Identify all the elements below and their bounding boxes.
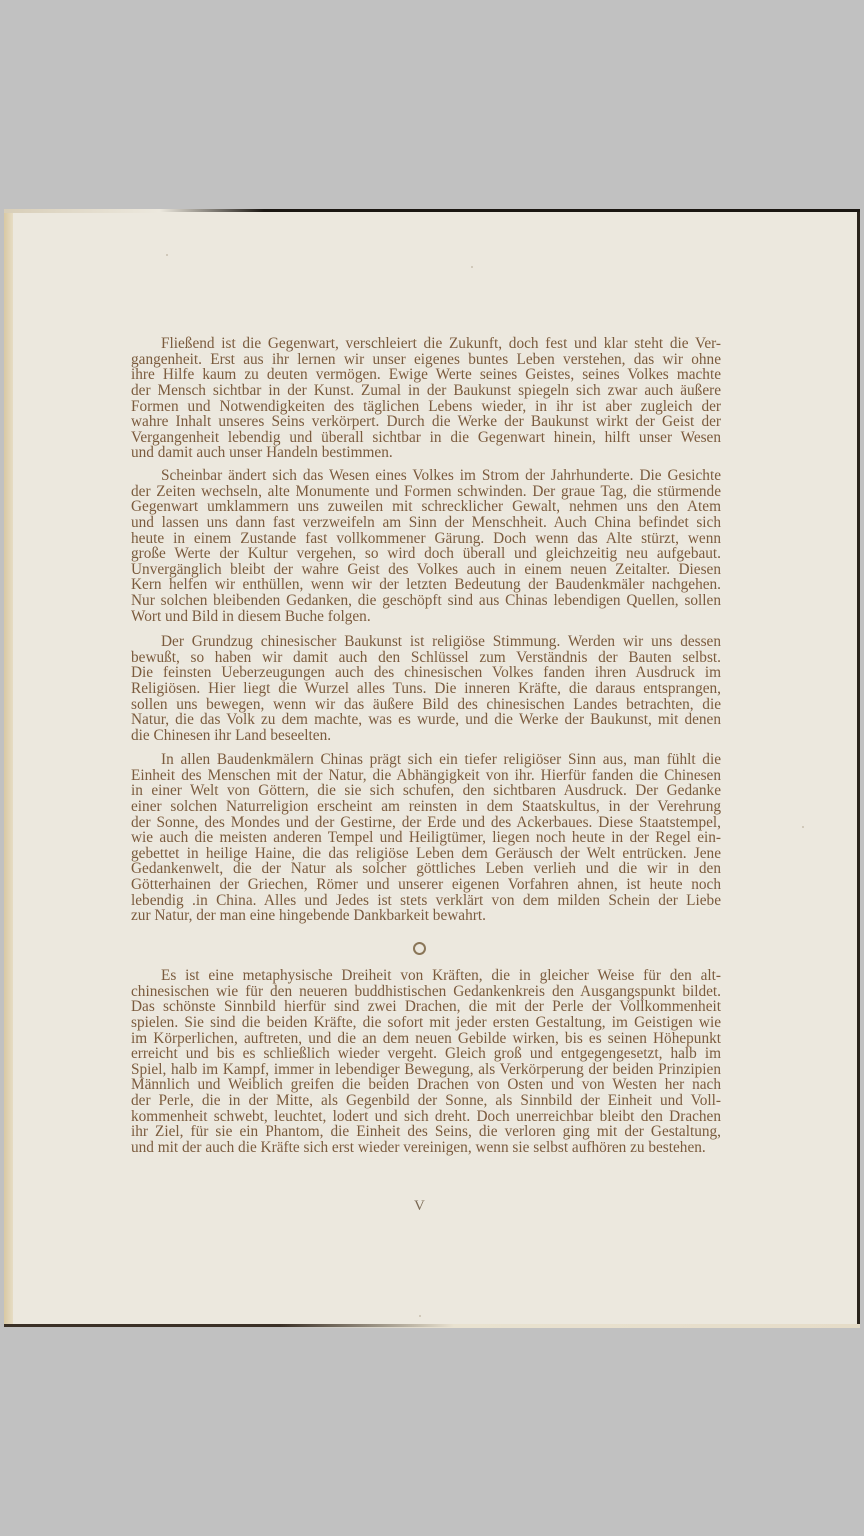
page-left-edge bbox=[4, 212, 13, 1324]
text-line: zur Natur, der man eine hingebende Dankb… bbox=[131, 908, 721, 924]
text-line: Religiösen. Hier liegt die Wurzel alles … bbox=[131, 681, 721, 697]
text-line: Unvergänglich bleibt der wahre Geist des… bbox=[131, 562, 721, 578]
text-line: im Körperlichen, auftreten, und die an d… bbox=[131, 1031, 721, 1047]
text-line: Formen und Notwendigkeiten des täglichen… bbox=[131, 399, 721, 415]
paper-speck bbox=[419, 1315, 421, 1317]
text-line: Gegenwart umklammern uns zuweilen mit sc… bbox=[131, 499, 721, 515]
text-line: spielen. Sie sind die beiden Kräfte, die… bbox=[131, 1015, 721, 1031]
page-number: V bbox=[414, 1198, 425, 1215]
text-line: der Mensch sichtbar in der Kunst. Zumal … bbox=[131, 383, 721, 399]
paper-speck bbox=[471, 266, 473, 268]
text-line: bewußt, so haben wir damit auch den Schl… bbox=[131, 650, 721, 666]
text-line: ihr Ziel, für sie ein Phantom, die Einhe… bbox=[131, 1124, 721, 1140]
paragraph: Es ist eine metaphysische Dreiheit von K… bbox=[131, 968, 721, 1156]
text-line: und lassen uns dann fast verzweifeln am … bbox=[131, 515, 721, 531]
text-line: der Perle, die in der Mitte, als Gegenbi… bbox=[131, 1093, 721, 1109]
text-line: sollen uns bewegen, wenn wir das äußere … bbox=[131, 697, 721, 713]
text-line: erreicht und bis es schließlich wieder v… bbox=[131, 1046, 721, 1062]
text-line: kommenheit schwebt, leuchtet, lodert und… bbox=[131, 1109, 721, 1125]
text-line: gangenheit. Erst aus ihr lernen wir unse… bbox=[131, 352, 721, 368]
text-line: der Zeiten wechseln, alte Monumente und … bbox=[131, 484, 721, 500]
text-line: und mit der auch die Kräfte sich erst wi… bbox=[131, 1140, 721, 1156]
text-line: die Chinesen ihr Land beseelten. bbox=[131, 728, 721, 744]
paragraph: Fließend ist die Gegenwart, verschleiert… bbox=[131, 336, 721, 461]
text-line: Natur, die das Volk zu dem machte, was e… bbox=[131, 712, 721, 728]
text-line: Vergangenheit lebendig und überall sicht… bbox=[131, 430, 721, 446]
text-line: Scheinbar ändert sich das Wesen eines Vo… bbox=[131, 468, 721, 484]
text-line: wie auch die meisten anderen Tempel und … bbox=[131, 830, 721, 846]
paper-speck bbox=[802, 826, 804, 828]
text-line: Kern helfen wir enthüllen, wenn wir der … bbox=[131, 577, 721, 593]
text-line: gebettet in heilige Haine, die das relig… bbox=[131, 846, 721, 862]
text-line: in einer Welt von Göttern, die sie sich … bbox=[131, 783, 721, 799]
text-line: Spiel, halb im Kampf, immer in lebendige… bbox=[131, 1062, 721, 1078]
text-line: Männlich und Weiblich greifen die beiden… bbox=[131, 1077, 721, 1093]
text-line: Der Grundzug chinesischer Baukunst ist r… bbox=[131, 634, 721, 650]
text-line: und damit auch unser Handeln bestimmen. bbox=[131, 445, 721, 461]
paragraph: In allen Baudenkmälern Chinas prägt sich… bbox=[131, 752, 721, 924]
text-line: Es ist eine metaphysische Dreiheit von K… bbox=[131, 968, 721, 984]
text-line: Einheit des Menschen mit der Natur, die … bbox=[131, 768, 721, 784]
text-line: chinesischen wie für den neueren buddhis… bbox=[131, 984, 721, 1000]
text-line: Fließend ist die Gegenwart, verschleiert… bbox=[131, 336, 721, 352]
text-line: lebendig .in China. Alles und Jedes ist … bbox=[131, 893, 721, 909]
text-line: Nur solchen bleibenden Gedanken, die ges… bbox=[131, 593, 721, 609]
text-line: große Werte der Kultur vergehen, so wird… bbox=[131, 546, 721, 562]
text-line: Die feinsten Ueberzeugungen auch des chi… bbox=[131, 665, 721, 681]
text-line: In allen Baudenkmälern Chinas prägt sich… bbox=[131, 752, 721, 768]
paragraph: Der Grundzug chinesischer Baukunst ist r… bbox=[131, 634, 721, 743]
paper-speck bbox=[166, 254, 168, 256]
text-line: Das schönste Sinnbild hierfür sind zwei … bbox=[131, 999, 721, 1015]
page-top-edge bbox=[4, 209, 264, 213]
text-line: Wort und Bild in diesem Buche folgen. bbox=[131, 609, 721, 625]
page-bottom-edge bbox=[280, 1324, 860, 1328]
section-divider-circle-icon bbox=[413, 942, 426, 955]
text-line: Götterhainen der Griechen, Römer und uns… bbox=[131, 877, 721, 893]
text-line: wahre Inhalt unseres Seins verkörpert. D… bbox=[131, 414, 721, 430]
text-line: einer solchen Naturreligion erscheint am… bbox=[131, 799, 721, 815]
text-line: ihre Hilfe kaum zu deuten vermögen. Ewig… bbox=[131, 367, 721, 383]
text-line: der Sonne, des Mondes und der Gestirne, … bbox=[131, 815, 721, 831]
text-line: Gedankenwelt, die der Natur als solcher … bbox=[131, 861, 721, 877]
paragraph: Scheinbar ändert sich das Wesen eines Vo… bbox=[131, 468, 721, 624]
text-line: heute in einem Zustande fast vollkommene… bbox=[131, 531, 721, 547]
